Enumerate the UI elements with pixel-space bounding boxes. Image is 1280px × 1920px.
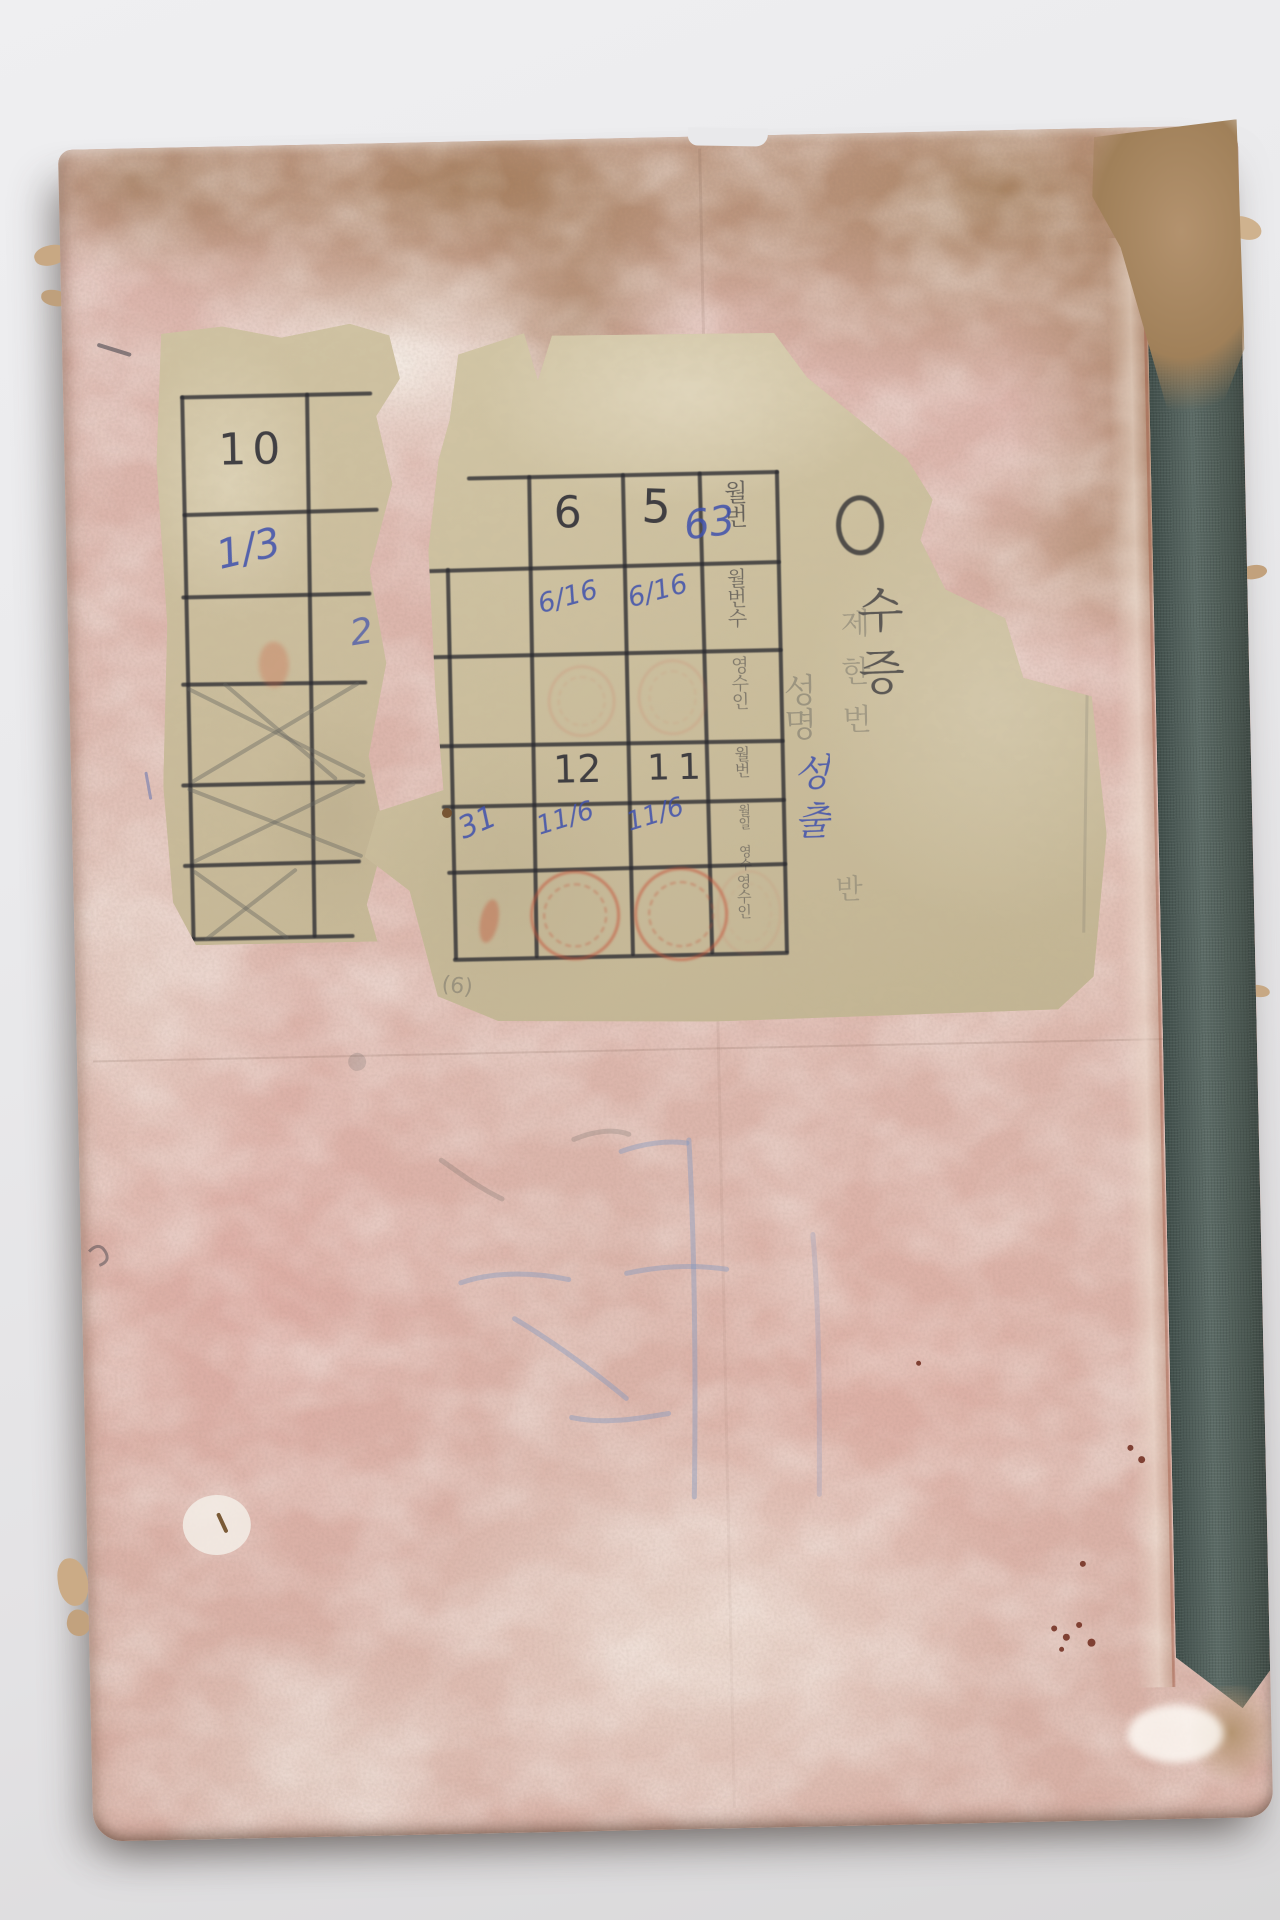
header-yeongsuin: 영수인 — [729, 656, 748, 710]
pencil-column-jehanbeon: 제한번 — [836, 607, 869, 752]
pencil-note: (6) — [440, 972, 474, 1001]
pencil-seongmyeong: 성명 — [779, 672, 814, 741]
paper-fray — [55, 1556, 91, 1607]
header-wolbeonsu: 월번수 — [725, 568, 746, 628]
pen-seongchul: 성출 — [789, 752, 829, 849]
grid-cell-11: 11 — [647, 747, 710, 789]
grid-cell-5: 5 — [641, 479, 672, 534]
cover-crease — [93, 1037, 1213, 1062]
grid-cell-6: 6 — [553, 487, 582, 539]
grid-cell-12: 12 — [553, 747, 602, 792]
pencil-ban: 반 — [835, 867, 863, 908]
top-edge-notch — [688, 127, 768, 146]
photo-backdrop: 10 1/3 2 — [0, 0, 1280, 1920]
book: 10 1/3 2 — [58, 125, 1273, 1841]
header-worildate: 월일 영수 — [736, 804, 750, 871]
header-wolbeon-2: 월번 — [733, 746, 750, 778]
pen-annotation-63: 63 — [681, 497, 737, 549]
grid-cell-10: 10 — [218, 423, 287, 475]
